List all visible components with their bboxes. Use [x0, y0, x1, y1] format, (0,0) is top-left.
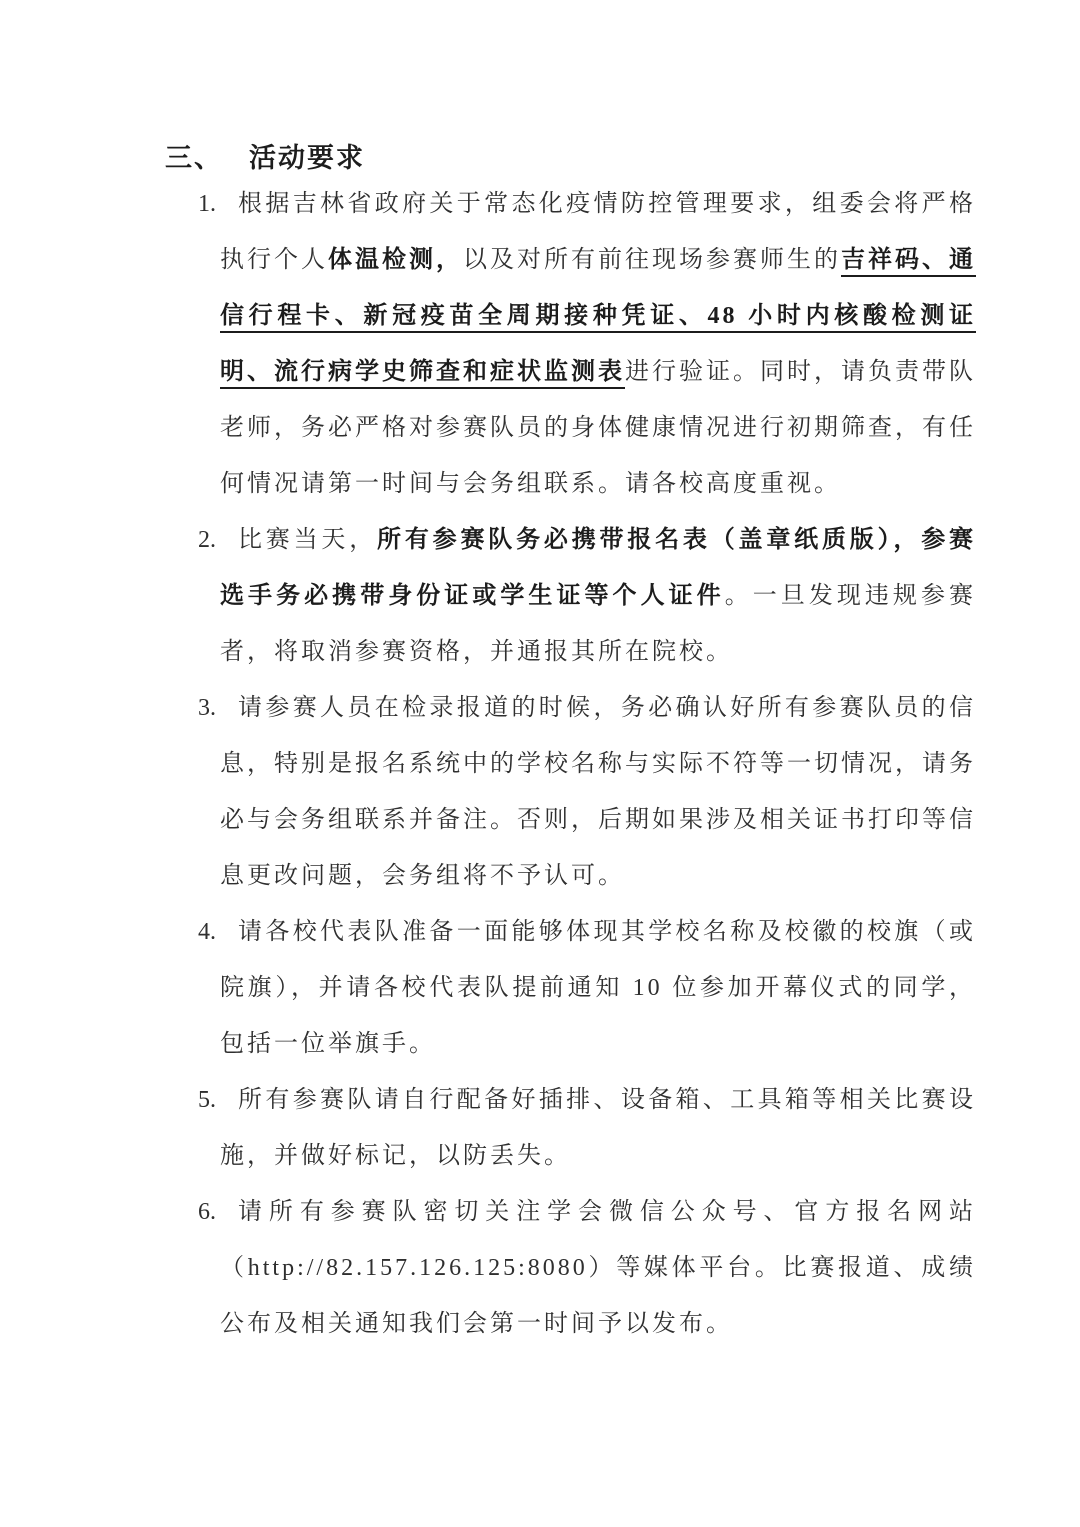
text-run-normal: 请参赛人员在检录报道的时候，务必确认好所有参赛队员的信息，特别是报名系统中的学校…: [220, 695, 976, 889]
list-item-6: 6.请所有参赛队密切关注学会微信公众号、官方报名网站（http://82.157…: [198, 1184, 976, 1352]
list-item-2: 2.比赛当天，所有参赛队务必携带报名表（盖章纸质版），参赛选手务必携带身份证或学…: [198, 512, 976, 680]
text-run-normal: 请各校代表队准备一面能够体现其学校名称及校徽的校旗（或院旗），并请各校代表队提前…: [220, 919, 976, 1057]
text-run-normal: 以及对所有前往现场参赛师生的: [463, 247, 841, 273]
list-item-4: 4.请各校代表队准备一面能够体现其学校名称及校徽的校旗（或院旗），并请各校代表队…: [198, 904, 976, 1072]
list-item-number: 6.: [198, 1184, 216, 1240]
list-item-text: 请所有参赛队密切关注学会微信公众号、官方报名网站（http://82.157.1…: [220, 1199, 976, 1337]
list-item-number: 1.: [198, 176, 216, 232]
section-heading-title: 活动要求: [249, 143, 365, 173]
section-heading-number: 三、: [165, 143, 223, 173]
list-item-text: 请参赛人员在检录报道的时候，务必确认好所有参赛队员的信息，特别是报名系统中的学校…: [220, 695, 976, 889]
list-item-number: 2.: [198, 512, 216, 568]
list-item-number: 4.: [198, 904, 216, 960]
list-item-1: 1.根据吉林省政府关于常态化疫情防控管理要求，组委会将严格执行个人体温检测，以及…: [198, 176, 976, 512]
list-item-number: 3.: [198, 680, 216, 736]
list-item-number: 5.: [198, 1072, 216, 1128]
text-run-bold: 体温检测，: [328, 247, 463, 273]
list-item-3: 3.请参赛人员在检录报道的时候，务必确认好所有参赛队员的信息，特别是报名系统中的…: [198, 680, 976, 904]
text-run-normal: 所有参赛队请自行配备好插排、设备箱、工具箱等相关比赛设施，并做好标记，以防丢失。: [220, 1087, 976, 1169]
list-item-text: 所有参赛队请自行配备好插排、设备箱、工具箱等相关比赛设施，并做好标记，以防丢失。: [220, 1087, 976, 1169]
requirements-list: 1.根据吉林省政府关于常态化疫情防控管理要求，组委会将严格执行个人体温检测，以及…: [198, 176, 976, 1352]
list-item-text: 请各校代表队准备一面能够体现其学校名称及校徽的校旗（或院旗），并请各校代表队提前…: [220, 919, 976, 1057]
text-run-normal: 请所有参赛队密切关注学会微信公众号、官方报名网站（http://82.157.1…: [220, 1199, 976, 1337]
section-heading: 三、活动要求: [165, 136, 365, 175]
list-item-text: 比赛当天，所有参赛队务必携带报名表（盖章纸质版），参赛选手务必携带身份证或学生证…: [220, 527, 976, 665]
list-item-5: 5.所有参赛队请自行配备好插排、设备箱、工具箱等相关比赛设施，并做好标记，以防丢…: [198, 1072, 976, 1184]
text-run-normal: 比赛当天，: [238, 527, 377, 553]
list-item-text: 根据吉林省政府关于常态化疫情防控管理要求，组委会将严格执行个人体温检测，以及对所…: [220, 191, 976, 497]
document-page: 三、活动要求 1.根据吉林省政府关于常态化疫情防控管理要求，组委会将严格执行个人…: [0, 0, 1080, 1527]
